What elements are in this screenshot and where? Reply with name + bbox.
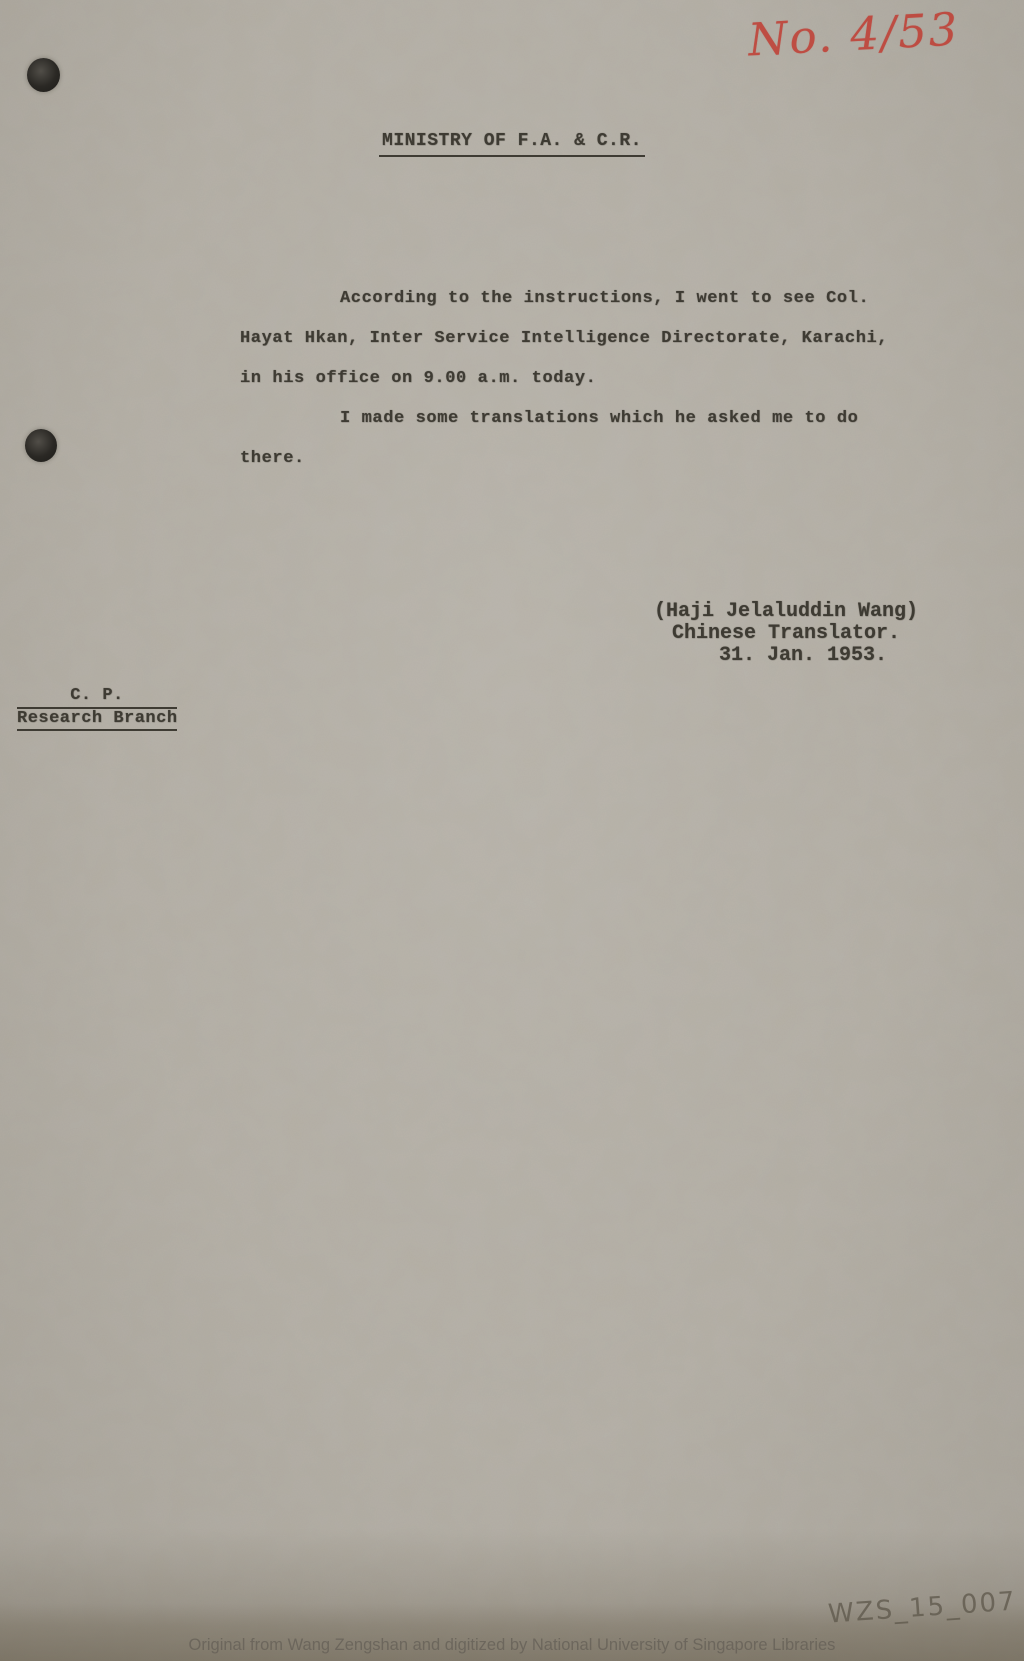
signature-role: Chinese Translator. — [630, 623, 942, 645]
body-line: there. — [240, 449, 305, 468]
signature-name: (Haji Jelaluddin Wang) — [630, 601, 942, 623]
document-title-text: MINISTRY OF F.A. & C.R. — [379, 131, 645, 157]
footer-initials: C. P. — [17, 686, 177, 709]
body-line: in his office on 9.00 a.m. today. — [240, 369, 596, 388]
scan-vignette — [0, 0, 1024, 1661]
paper-texture — [0, 0, 1024, 1661]
signature-date: 31. Jan. 1953. — [630, 645, 942, 667]
body-line: I made some translations which he asked … — [340, 409, 858, 428]
punch-hole-middle — [25, 429, 57, 462]
signature-block: (Haji Jelaluddin Wang) Chinese Translato… — [630, 601, 942, 667]
footer-branch: Research Branch — [17, 709, 177, 731]
handwritten-ref-number: No. 4/53 — [747, 3, 959, 67]
document-title: MINISTRY OF F.A. & C.R. — [0, 131, 1024, 157]
footer-initials-block: C. P. Research Branch — [17, 686, 177, 731]
body-line: According to the instructions, I went to… — [340, 289, 869, 308]
body-line: Hayat Hkan, Inter Service Intelligence D… — [240, 329, 888, 348]
punch-hole-top — [27, 58, 60, 92]
pencil-archive-code: WZS_15_007 — [827, 1586, 1017, 1629]
digitization-watermark: Original from Wang Zengshan and digitize… — [0, 1636, 1024, 1655]
scanned-document-page: No. 4/53 MINISTRY OF F.A. & C.R. Accordi… — [0, 0, 1024, 1661]
